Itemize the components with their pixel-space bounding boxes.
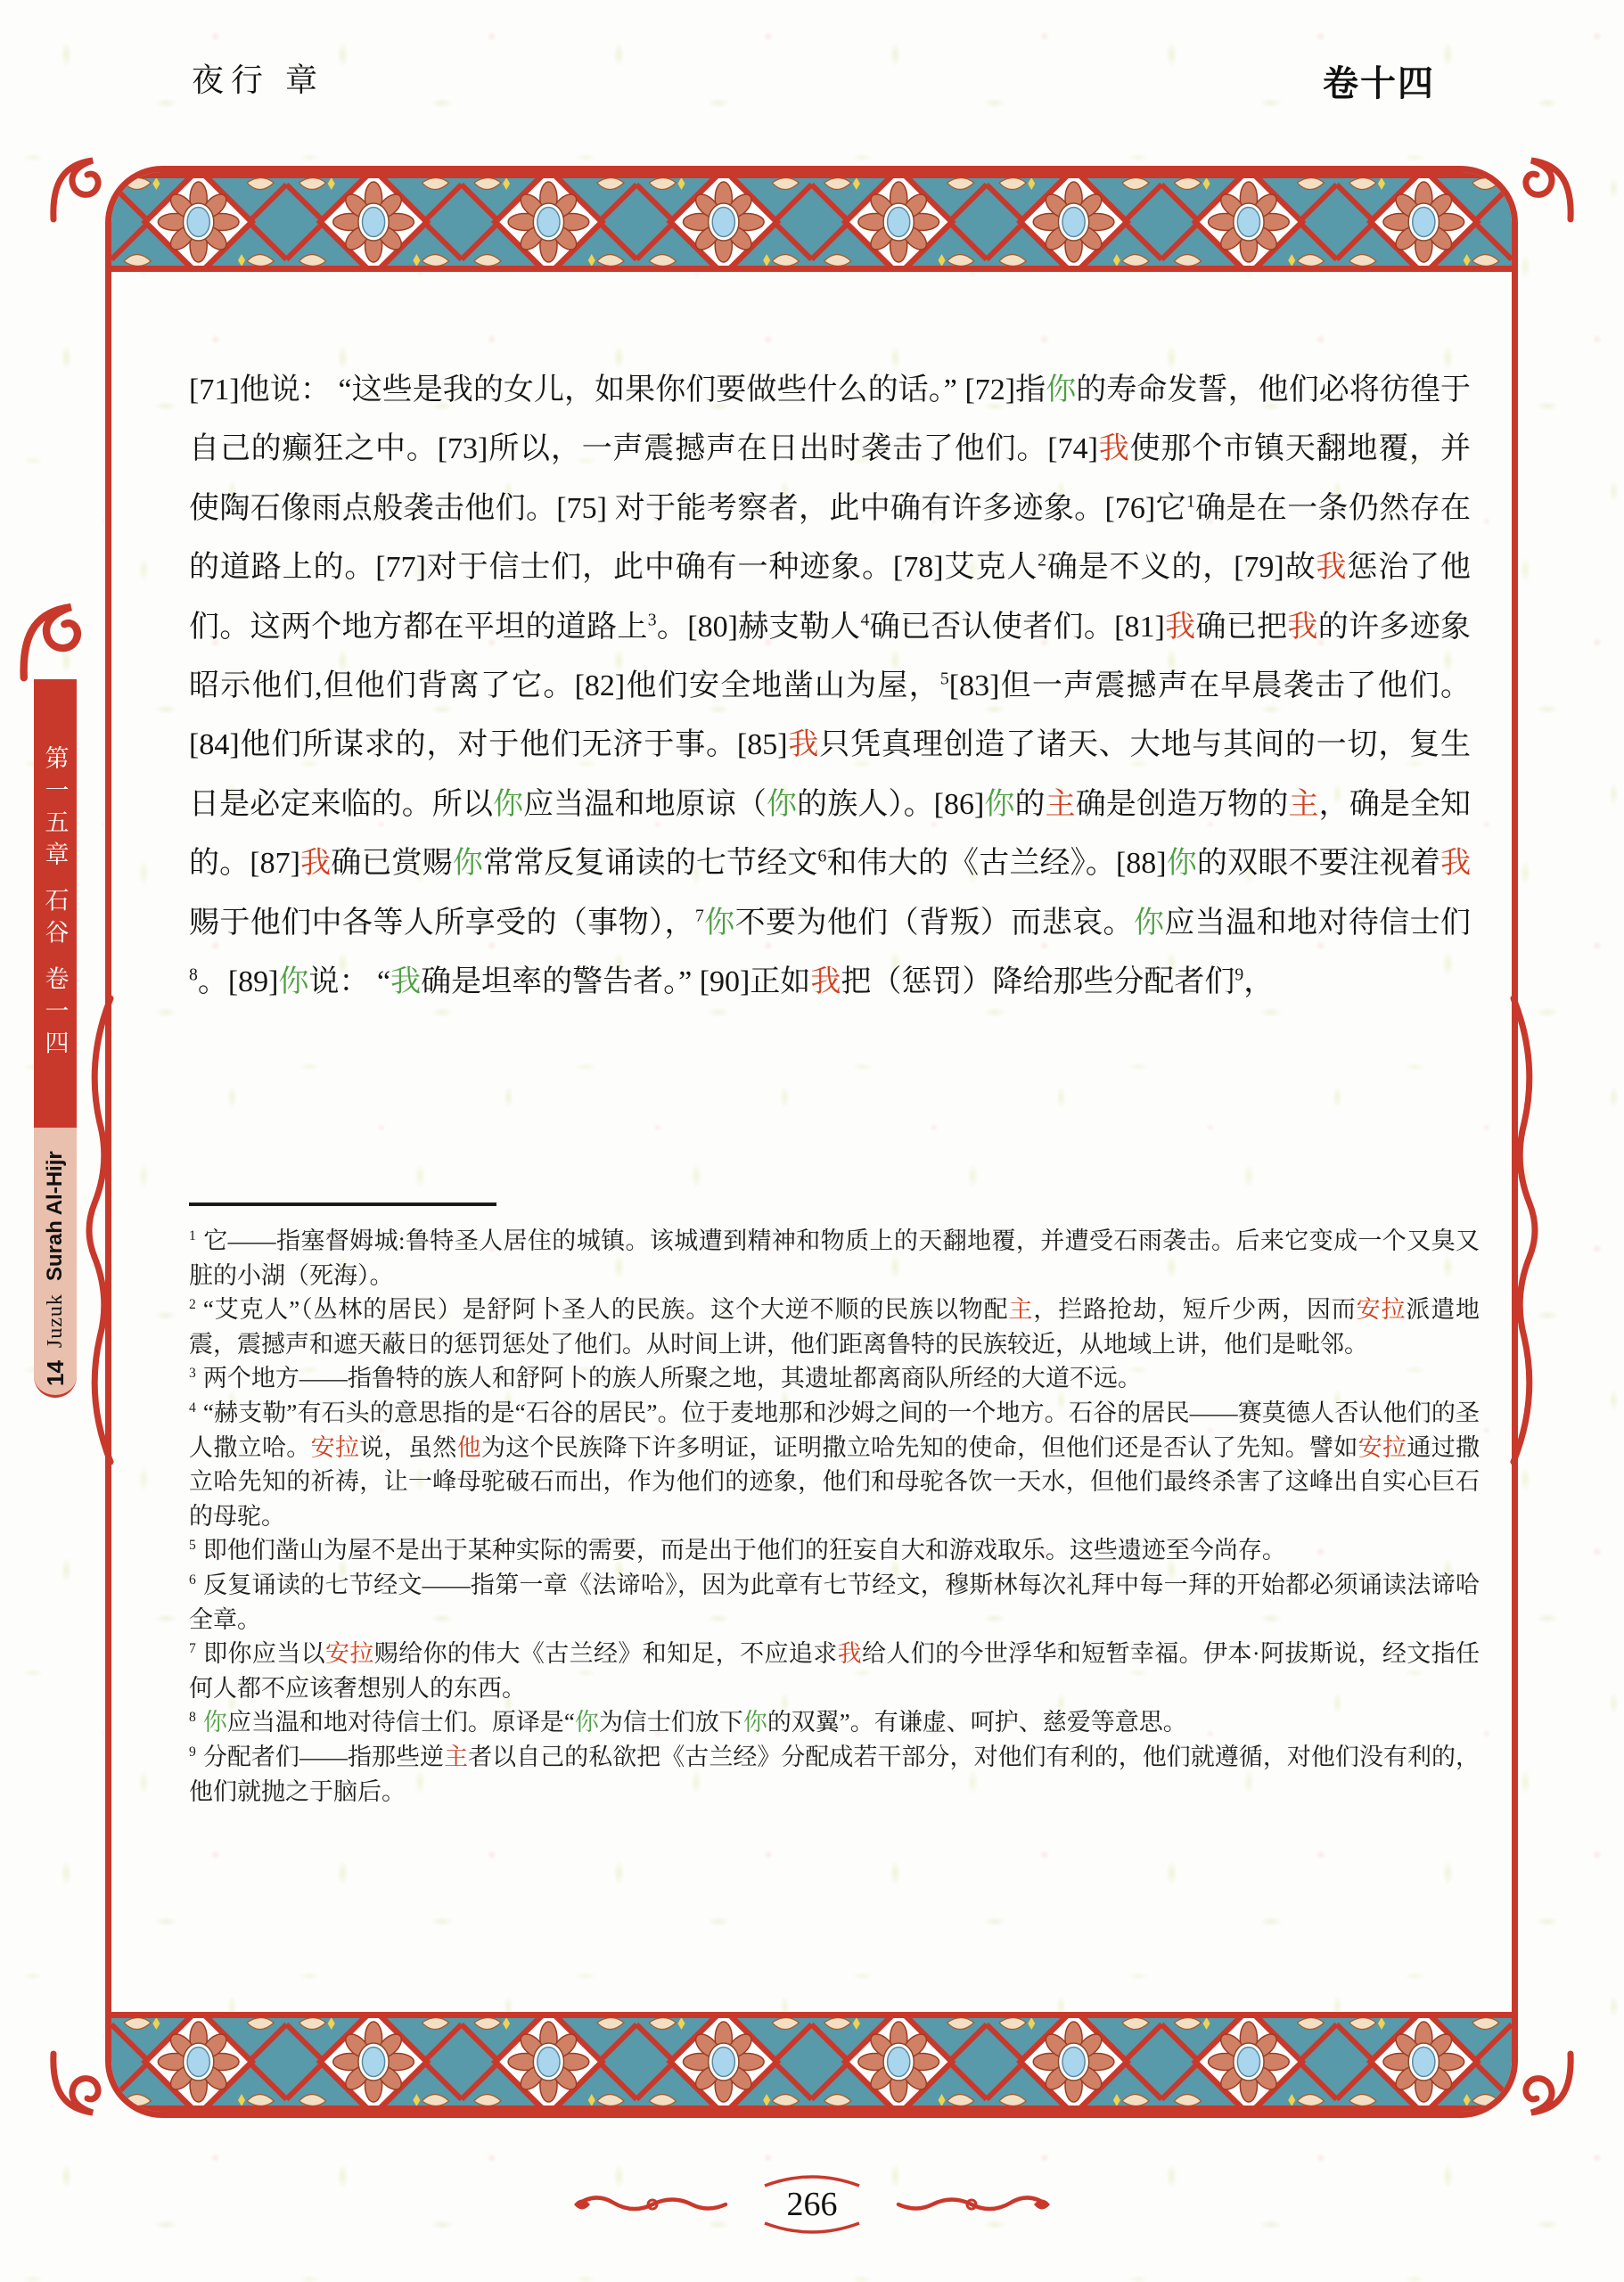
footnote-number: 5 [189, 1538, 196, 1553]
sidebar-chapter-tab: 第一五章 石谷 卷一四 [34, 679, 77, 1128]
footnote-number: 4 [189, 1400, 196, 1416]
footnote-ref: 6 [818, 847, 827, 866]
text-run: 把（惩罚）降给那些分配者们 [841, 965, 1234, 998]
text-run: 和伟大的《古兰经》。[88] [826, 847, 1166, 880]
text-run: 。[80]赫支勒人 [657, 611, 861, 644]
sidebar-chapter-label: 第一五章 石谷 卷一四 [38, 745, 73, 1063]
footnote-item: 2“艾克人”（丛林的居民）是舒阿卜圣人的民族。这个大逆不顺的民族以物配主，拦路抢… [189, 1293, 1480, 1361]
text-run: 说，虽然 [359, 1434, 456, 1461]
ornament-band-top-icon [111, 172, 1512, 272]
header-volume-label: 卷十四 [1323, 55, 1435, 106]
text-run: 两个地方——指鲁特的族人和舒阿卜的族人所聚之地，其遗址都离商队所经的大道不远。 [203, 1365, 1142, 1391]
footnote-number: 1 [189, 1228, 196, 1244]
text-run: 说： “ [309, 965, 391, 998]
sidebar-juz-label: 14 Juzuk Surah Al-Hijr [34, 1128, 77, 1395]
corner-curl-top-right-icon [1521, 134, 1574, 223]
verse-text: [71]他说： “这些是我的女儿，如果你们要做些什么的话。” [72]指你的寿命… [189, 361, 1471, 1012]
footnote-ref: 1 [1186, 491, 1195, 511]
footnote-ref: 7 [695, 906, 704, 925]
header-chapter-title: 夜行 章 [192, 55, 324, 101]
footnote-ref: 4 [860, 610, 869, 629]
footnote-number: 2 [189, 1297, 196, 1312]
footnote-number: 9 [189, 1744, 196, 1760]
footnote-divider [189, 1203, 496, 1206]
footnote-item: 5即他们凿山为屋不是出于某种实际的需要，而是出于他们的狂妄自大和游戏取乐。这些遗… [189, 1533, 1480, 1568]
highlighted-char: 我 [1165, 611, 1196, 644]
text-run: ，拦路抢劫，短斤少两，因而 [1033, 1296, 1356, 1323]
footnote-item: 8你应当温和地对待信士们。原译是“你为信士们放下你的双翼”。有谦虚、呵护、慈爱等… [189, 1705, 1480, 1740]
book-page: 夜行 章 卷十四 [71]他说： “这些是我的女儿，如果你们要做些什么的话。” … [0, 0, 1624, 2282]
text-run: 不要为他们（背叛）而悲哀。 [735, 907, 1134, 940]
text-run: 确是创造万物的 [1076, 788, 1289, 821]
text-run: 确已赏赐 [331, 847, 453, 880]
highlighted-char: 你 [704, 907, 735, 940]
highlighted-char: 你 [493, 788, 523, 821]
highlighted-char: 你 [453, 847, 483, 880]
footnote-ref: 9 [1234, 965, 1243, 985]
footnote-item: 4“赫支勒”有石头的意思指的是“石谷的居民”。位于麦地那和沙姆之间的一个地方。石… [189, 1396, 1480, 1533]
highlighted-char: 你 [767, 788, 797, 821]
footnote-item: 6反复诵读的七节经文——指第一章《法谛哈》，因为此章有七节经文，穆斯林每次礼拜中… [189, 1568, 1480, 1637]
text-run: 应当温和地对待信士们。原译是“ [227, 1709, 575, 1736]
text-run: 的双翼”。有谦虚、呵护、慈爱等意思。 [767, 1709, 1187, 1736]
highlighted-char: 安拉 [1357, 1296, 1407, 1323]
highlighted-char: 你 [1134, 907, 1164, 940]
ornament-band-bottom-icon [111, 2012, 1512, 2112]
content-frame: [71]他说： “这些是我的女儿，如果你们要做些什么的话。” [72]指你的寿命… [105, 166, 1518, 2118]
juzuk-label: Juzuk [44, 1293, 68, 1348]
text-run: 即你应当以 [203, 1640, 325, 1667]
footnote-ref: 5 [940, 669, 949, 689]
footnote-ref: 3 [648, 610, 657, 629]
highlighted-char: 我 [1287, 611, 1317, 644]
footnote-ref: 2 [1038, 551, 1046, 570]
corner-curl-top-left-icon [50, 134, 103, 223]
highlighted-char: 你 [743, 1709, 767, 1736]
page-number: 266 [787, 2185, 838, 2224]
text-run: 它——指塞督姆城:鲁特圣人居住的城镇。该城遭到精神和物质上的天翻地覆，并遭受石雨… [189, 1227, 1480, 1289]
surah-name-label: Surah Al-Hijr [43, 1151, 68, 1281]
juz-number: 14 [42, 1360, 70, 1386]
highlighted-char: 你 [279, 965, 309, 998]
page-header: 夜行 章 卷十四 [0, 55, 1624, 105]
text-run: 的 [1015, 788, 1046, 821]
highlighted-char: 我 [1316, 551, 1348, 584]
page-number-row: 266 [0, 2173, 1624, 2236]
footnote-number: 7 [189, 1641, 196, 1656]
text-run: 赐于他们中各等人所享受的（事物）， [189, 907, 695, 940]
text-run: 即他们凿山为屋不是出于某种实际的需要，而是出于他们的狂妄自大和游戏取乐。这些遗迹… [203, 1537, 1286, 1564]
text-run: 应当温和地对待信士们 [1164, 907, 1471, 940]
corner-curl-bottom-left-icon [50, 2050, 103, 2139]
highlighted-char: 主 [444, 1744, 468, 1770]
text-run: 反复诵读的七节经文——指第一章《法谛哈》，因为此章有七节经文，穆斯林每次礼拜中每… [189, 1572, 1480, 1633]
highlighted-char: 主 [1289, 788, 1319, 821]
sidebar-scroll-ornament-icon [20, 575, 84, 682]
text-run: 的双眼不要注视着 [1197, 847, 1440, 880]
corner-curl-bottom-right-icon [1521, 2050, 1574, 2139]
highlighted-char: 安拉 [311, 1434, 360, 1461]
footnote-item: 7即你应当以安拉赐给你的伟大《古兰经》和知足，不应追求我给人们的今世浮华和短暂幸… [189, 1637, 1480, 1705]
footnotes: 1它——指塞督姆城:鲁特圣人居住的城镇。该城遭到精神和物质上的天翻地覆，并遭受石… [189, 1224, 1480, 1809]
highlighted-char: 主 [1009, 1296, 1034, 1323]
text-run: 。[89] [198, 965, 279, 998]
text-run: “艾克人”（丛林的居民）是舒阿卜圣人的民族。这个大逆不顺的民族以物配 [203, 1296, 1009, 1323]
text-run: [71]他说： “这些是我的女儿，如果你们要做些什么的话。” [72]指 [189, 373, 1046, 406]
highlighted-char: 我 [1440, 847, 1471, 880]
highlighted-char: 你 [1046, 373, 1076, 406]
footnote-item: 3两个地方——指鲁特的族人和舒阿卜的族人所聚之地，其遗址都离商队所经的大道不远。 [189, 1361, 1480, 1396]
text-run: 赐给你的伟大《古兰经》和知足，不应追求 [374, 1640, 838, 1667]
footnote-item: 1它——指塞督姆城:鲁特圣人居住的城镇。该城遭到精神和物质上的天翻地覆，并遭受石… [189, 1224, 1480, 1293]
highlighted-char: 主 [1046, 788, 1076, 821]
footnote-number: 3 [189, 1366, 196, 1381]
highlighted-char: 我 [1098, 432, 1130, 465]
footnote-ref: 8 [189, 965, 198, 985]
text-run: 应当温和地原谅（ [523, 788, 767, 821]
highlighted-char: 我 [838, 1640, 862, 1667]
text-run: 确是坦率的警告者。” [90]正如 [421, 965, 810, 998]
footnote-number: 6 [189, 1572, 196, 1588]
highlighted-char: 他 [457, 1434, 481, 1461]
highlighted-char: 你 [575, 1709, 599, 1736]
pageno-flourish-right-icon [891, 2185, 1052, 2224]
highlighted-char: 我 [788, 728, 820, 761]
pageno-flourish-left-icon [572, 2185, 733, 2224]
text-run: 常常反复诵读的七节经文 [483, 847, 818, 880]
text-run: 分配者们——指那些逆 [203, 1744, 444, 1770]
text-run: ， [1243, 965, 1274, 998]
highlighted-char: 我 [810, 965, 841, 998]
highlighted-char: 你 [984, 788, 1014, 821]
highlighted-char: 你 [203, 1709, 227, 1736]
highlighted-char: 我 [300, 847, 331, 880]
highlighted-char: 安拉 [1358, 1434, 1407, 1461]
text-run: 为这个民族降下许多明证，证明撒立哈先知的使命，但他们还是否认了先知。譬如 [481, 1434, 1358, 1461]
highlighted-char: 我 [390, 965, 421, 998]
text-run: 的族人）。[86] [797, 788, 984, 821]
text-run: 为信士们放下 [599, 1709, 743, 1736]
footnote-item: 9分配者们——指那些逆主者以自己的私欲把《古兰经》分配成若干部分，对他们有利的，… [189, 1740, 1480, 1809]
footnote-number: 8 [189, 1710, 196, 1725]
highlighted-char: 你 [1167, 847, 1197, 880]
text-run: 确已把 [1195, 611, 1287, 644]
text-run: 确已否认使者们。[81] [869, 611, 1165, 644]
text-run: 确是不义的，[79]故 [1046, 551, 1316, 584]
highlighted-char: 安拉 [325, 1640, 374, 1667]
page-number-ornament: 266 [745, 2173, 879, 2236]
